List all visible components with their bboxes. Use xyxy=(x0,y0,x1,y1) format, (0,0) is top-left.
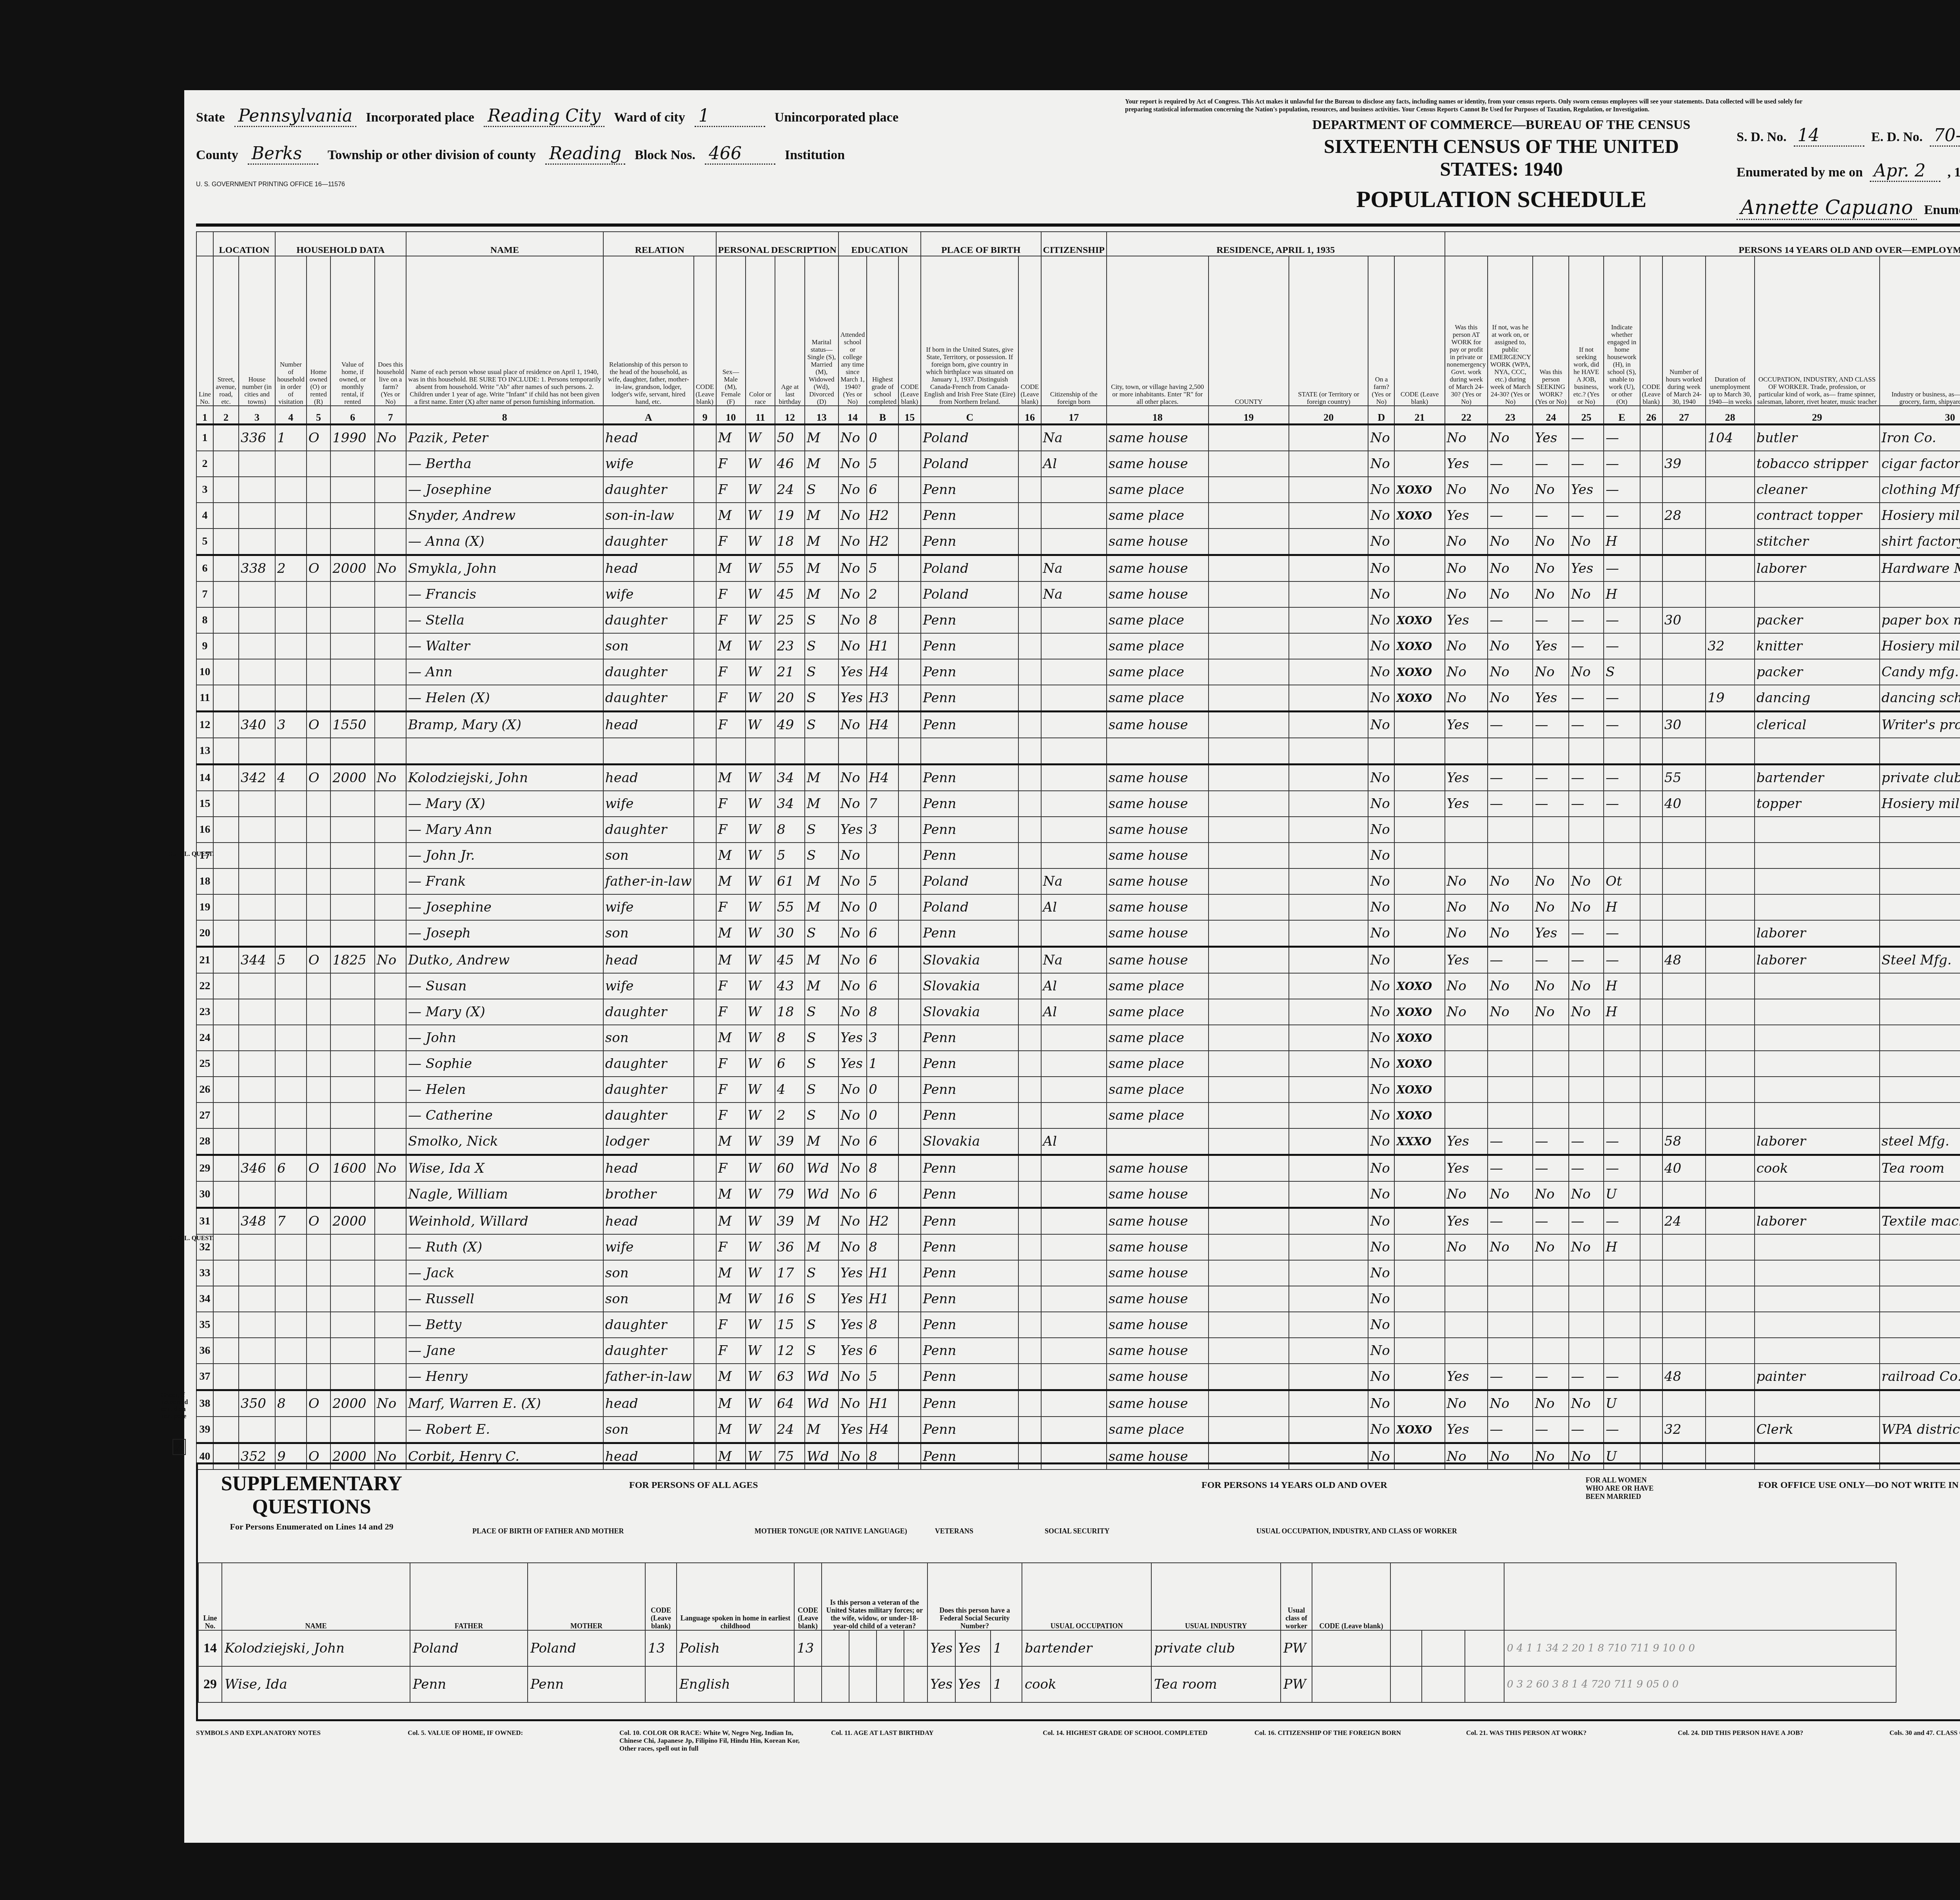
cell-name: — Jane xyxy=(406,1338,603,1364)
cell-w21 xyxy=(1445,1260,1488,1286)
cell-e xyxy=(1640,1155,1662,1182)
cell-own xyxy=(307,581,330,607)
column-number: 29 xyxy=(1755,406,1880,425)
cell-age: 64 xyxy=(775,1390,805,1417)
cell-e xyxy=(1640,1051,1662,1077)
cell-res: same house xyxy=(1107,1260,1209,1286)
sd-label: S. D. No. xyxy=(1737,130,1787,145)
cell-w23: No xyxy=(1533,999,1569,1025)
cell-farm35: No xyxy=(1368,685,1394,712)
cell-w23: Yes xyxy=(1533,685,1569,712)
cell-hrs xyxy=(1662,581,1706,607)
cell-gr: H1 xyxy=(867,1286,898,1312)
cell-mar: M xyxy=(805,973,838,999)
cell-hh xyxy=(275,529,307,555)
cell-birth: Penn xyxy=(921,1155,1018,1182)
table-row: 24— JohnsonMW8SYes3Pennsame placeNoXOXO2… xyxy=(196,1025,1960,1051)
cell-w22: — xyxy=(1488,947,1533,974)
column-number: 22 xyxy=(1445,406,1488,425)
cell-w24: No xyxy=(1569,1390,1604,1417)
cell-birth: Penn xyxy=(921,607,1018,633)
cell-value xyxy=(330,1234,375,1260)
cell-county xyxy=(1209,1312,1289,1338)
supp-h-ss: Does this person have a Federal Social S… xyxy=(927,1563,1022,1630)
cell-sex: F xyxy=(716,529,746,555)
population-rows: 13361O1990NoPazik, PeterheadMW50MNo0Pola… xyxy=(196,425,1960,1470)
cell-sex: M xyxy=(716,1364,746,1390)
line-number: 37 xyxy=(196,1364,213,1390)
cell-sch: No xyxy=(838,1077,867,1103)
cell-hh xyxy=(275,1260,307,1286)
supplementary-row: 14Kolodziejski, JohnPolandPoland13Polish… xyxy=(198,1630,1896,1666)
cell-w23: No xyxy=(1533,1234,1569,1260)
cell-cit xyxy=(1041,843,1107,868)
cell-a xyxy=(694,1103,716,1128)
cell-name: — Ruth (X) xyxy=(406,1234,603,1260)
cell-rel: father-in-law xyxy=(603,868,694,894)
cell-occ xyxy=(1755,1338,1880,1364)
unincorporated-label: Unincorporated place xyxy=(775,110,898,125)
cell-c xyxy=(1018,503,1041,529)
cell-birth: Penn xyxy=(921,843,1018,868)
cell-occ: bartender xyxy=(1755,765,1880,791)
cell-e xyxy=(1640,973,1662,999)
cell-sex: F xyxy=(716,607,746,633)
cell-e xyxy=(1640,765,1662,791)
cell-own xyxy=(307,451,330,477)
cell-name: — Jack xyxy=(406,1260,603,1286)
cell-farm xyxy=(375,581,406,607)
cell-a xyxy=(694,1025,716,1051)
cell-cit: Al xyxy=(1041,451,1107,477)
desc-birthplace: If born in the United States, give State… xyxy=(921,256,1018,406)
cell-sch: No xyxy=(838,1364,867,1390)
cell-birth: Penn xyxy=(921,1234,1018,1260)
cell-hrs xyxy=(1662,843,1706,868)
cell-sex: F xyxy=(716,1234,746,1260)
cell-hh xyxy=(275,868,307,894)
cell-cit xyxy=(1041,1155,1107,1182)
table-row: 17— John Jr.sonMW5SNoPennsame houseNo17 xyxy=(196,843,1960,868)
supp-cell-office: 0 4 1 1 34 2 20 1 8 710 711 9 10 0 0 xyxy=(1504,1630,1896,1666)
supp-h-veteran: Is this person a veteran of the United S… xyxy=(822,1563,927,1630)
table-row: 39— Robert E.sonMW24MYesH4Pennsame place… xyxy=(196,1417,1960,1443)
cell-birth: Poland xyxy=(921,451,1018,477)
supp-cell-40 xyxy=(849,1666,877,1702)
cell-hh xyxy=(275,738,307,765)
cell-farm35: No xyxy=(1368,477,1394,503)
cell-unemp xyxy=(1706,1181,1755,1208)
cell-house xyxy=(239,1181,275,1208)
cell-farm35: No xyxy=(1368,791,1394,817)
column-number: 21 xyxy=(1394,406,1445,425)
cell-w22: — xyxy=(1488,1417,1533,1443)
cell-age: 49 xyxy=(775,712,805,738)
cell-hrs: 55 xyxy=(1662,765,1706,791)
desc-county: COUNTY xyxy=(1209,256,1289,406)
cell-e xyxy=(1640,659,1662,685)
cell-age: 34 xyxy=(775,765,805,791)
cell-sch: No xyxy=(838,1234,867,1260)
cell-w22: — xyxy=(1488,1128,1533,1155)
table-row: 9— WaltersonMW23SNoH1Pennsame placeNoXOX… xyxy=(196,633,1960,659)
cell-age: 46 xyxy=(775,451,805,477)
cell-w25: U xyxy=(1604,1390,1640,1417)
cell-w22: No xyxy=(1488,425,1533,451)
cell-house xyxy=(239,791,275,817)
cell-w25 xyxy=(1604,738,1640,765)
cell-res xyxy=(1107,738,1209,765)
supp-h-code-j: CODE (Leave blank) xyxy=(1312,1563,1390,1630)
column-number: C xyxy=(921,406,1018,425)
cell-w23: — xyxy=(1533,947,1569,974)
cell-occ xyxy=(1755,1181,1880,1208)
cell-unemp xyxy=(1706,1390,1755,1417)
cell-d: XOXO xyxy=(1394,477,1445,503)
cell-rel: daughter xyxy=(603,685,694,712)
cell-gr: 6 xyxy=(867,477,898,503)
cell-hrs: 40 xyxy=(1662,1155,1706,1182)
cell-w22: No xyxy=(1488,581,1533,607)
cell-state xyxy=(1289,1128,1368,1155)
cell-age: 21 xyxy=(775,659,805,685)
block-label: Block Nos. xyxy=(635,148,695,163)
cell-gr xyxy=(867,843,898,868)
cell-farm xyxy=(375,1103,406,1128)
cell-hh xyxy=(275,1077,307,1103)
cell-cit xyxy=(1041,1234,1107,1260)
cell-name: Snyder, Andrew xyxy=(406,503,603,529)
cell-sex: M xyxy=(716,765,746,791)
cell-unemp xyxy=(1706,1128,1755,1155)
cell-house xyxy=(239,581,275,607)
cell-w23: No xyxy=(1533,973,1569,999)
cell-d: XOXO xyxy=(1394,1417,1445,1443)
cell-street xyxy=(213,1260,239,1286)
cell-w21: No xyxy=(1445,581,1488,607)
cell-w23: — xyxy=(1533,607,1569,633)
column-number: D xyxy=(1368,406,1394,425)
cell-w23 xyxy=(1533,1103,1569,1128)
column-number: 8 xyxy=(406,406,603,425)
continued-checkbox[interactable]: X xyxy=(172,1439,186,1455)
cell-ind: cigar factory xyxy=(1880,451,1960,477)
cell-house: 348 xyxy=(239,1208,275,1235)
supp-cell-49 xyxy=(1422,1666,1465,1702)
cell-own xyxy=(307,633,330,659)
cell-rel: head xyxy=(603,712,694,738)
cell-mar: M xyxy=(805,1128,838,1155)
line-number: 33 xyxy=(196,1260,213,1286)
line-number: 29 xyxy=(198,1666,222,1702)
cell-race: W xyxy=(746,765,775,791)
cell-own xyxy=(307,1181,330,1208)
cell-w25 xyxy=(1604,1286,1640,1312)
cell-res: same house xyxy=(1107,451,1209,477)
cell-county xyxy=(1209,1338,1289,1364)
cell-value: 1825 xyxy=(330,947,375,974)
cell-rel: daughter xyxy=(603,659,694,685)
cell-d: XOXO xyxy=(1394,999,1445,1025)
cell-sch: No xyxy=(838,894,867,920)
cell-w25: U xyxy=(1604,1181,1640,1208)
state-value: Pennsylvania xyxy=(234,106,357,127)
cell-sch: No xyxy=(838,581,867,607)
cell-cit: Al xyxy=(1041,894,1107,920)
column-number: 14 xyxy=(838,406,867,425)
supp-cell-father: Penn xyxy=(410,1666,528,1702)
desc-house: House number (in cities and towns) xyxy=(239,256,275,406)
cell-w23: — xyxy=(1533,1155,1569,1182)
supp-cell-mother: Penn xyxy=(528,1666,645,1702)
column-number: 18 xyxy=(1107,406,1209,425)
line-number: 21 xyxy=(196,947,213,974)
cell-a xyxy=(694,503,716,529)
cell-state xyxy=(1289,868,1368,894)
cell-occ xyxy=(1755,738,1880,765)
cell-race: W xyxy=(746,712,775,738)
cell-house xyxy=(239,1364,275,1390)
cell-value xyxy=(330,607,375,633)
cell-w23: — xyxy=(1533,1417,1569,1443)
cell-gr: H1 xyxy=(867,633,898,659)
group-women: FOR ALL WOMEN WHO ARE OR HAVE BEEN MARRI… xyxy=(1586,1476,1664,1501)
cell-cit xyxy=(1041,1312,1107,1338)
cell-rel: wife xyxy=(603,791,694,817)
cell-ind: Hosiery mills xyxy=(1880,633,1960,659)
cell-rel: wife xyxy=(603,973,694,999)
cell-house xyxy=(239,1051,275,1077)
cell-w24: — xyxy=(1569,1128,1604,1155)
cell-unemp xyxy=(1706,529,1755,555)
cell-value xyxy=(330,659,375,685)
line-number: 23 xyxy=(196,999,213,1025)
cell-name: Wise, Ida X xyxy=(406,1155,603,1182)
table-row: 10— AnndaughterFW21SYesH4Pennsame placeN… xyxy=(196,659,1960,685)
cell-value xyxy=(330,685,375,712)
cell-e xyxy=(1640,503,1662,529)
cell-state xyxy=(1289,503,1368,529)
cell-farm35: No xyxy=(1368,607,1394,633)
cell-w21: No xyxy=(1445,633,1488,659)
supplementary-row: 29Wise, IdaPennPennEnglishYesYes1cookTea… xyxy=(198,1666,1896,1702)
supp-cell-ind: private club xyxy=(1151,1630,1281,1666)
cell-value: 2000 xyxy=(330,555,375,582)
group-all-ages: FOR PERSONS OF ALL AGES xyxy=(629,1480,758,1491)
line-number: 10 xyxy=(196,659,213,685)
supp-cell-39 xyxy=(822,1666,849,1702)
institution-label: Institution xyxy=(785,148,845,163)
cell-w21 xyxy=(1445,1051,1488,1077)
cell-name: Weinhold, Willard xyxy=(406,1208,603,1235)
cell-hrs xyxy=(1662,1390,1706,1417)
cell-name: — Mary (X) xyxy=(406,791,603,817)
cell-w23: No xyxy=(1533,868,1569,894)
cell-occ: dancing xyxy=(1755,685,1880,712)
cell-unemp xyxy=(1706,1338,1755,1364)
cell-county xyxy=(1209,607,1289,633)
cell-unemp: 19 xyxy=(1706,685,1755,712)
cell-name: — Josephine xyxy=(406,477,603,503)
cell-a xyxy=(694,607,716,633)
cell-age: 18 xyxy=(775,999,805,1025)
cell-w23 xyxy=(1533,1286,1569,1312)
cell-birth: Poland xyxy=(921,555,1018,582)
cell-farm xyxy=(375,685,406,712)
cell-res xyxy=(1107,1128,1209,1155)
table-row: 30Nagle, WilliambrotherMW79WdNo6Pennsame… xyxy=(196,1181,1960,1208)
cell-age: 24 xyxy=(775,1417,805,1443)
cell-ind: Hardware Mfg. xyxy=(1880,555,1960,582)
column-number: 13 xyxy=(805,406,838,425)
desc-c25: Indicate whether engaged in home housewo… xyxy=(1604,256,1640,406)
desc-name: Name of each person whose usual place of… xyxy=(406,256,603,406)
cell-d xyxy=(1394,1208,1445,1235)
cell-age: 55 xyxy=(775,555,805,582)
cell-occ xyxy=(1755,1077,1880,1103)
cell-name: — Russell xyxy=(406,1286,603,1312)
desc-street: Street, avenue, road, etc. xyxy=(213,256,239,406)
cell-a xyxy=(694,999,716,1025)
cell-rel: head xyxy=(603,1208,694,1235)
cell-ind xyxy=(1880,1390,1960,1417)
cell-occ: clerical xyxy=(1755,712,1880,738)
cell-name: — Henry xyxy=(406,1364,603,1390)
cell-state xyxy=(1289,659,1368,685)
cell-rel: son xyxy=(603,843,694,868)
cell-own xyxy=(307,1312,330,1338)
cell-hh: 6 xyxy=(275,1155,307,1182)
table-row: 25— SophiedaughterFW6SYes1Pennsame place… xyxy=(196,1051,1960,1077)
cell-w23 xyxy=(1533,1260,1569,1286)
line-number: 8 xyxy=(196,607,213,633)
cell-d xyxy=(1394,712,1445,738)
cell-own: O xyxy=(307,425,330,451)
cell-house xyxy=(239,477,275,503)
cell-a xyxy=(694,1312,716,1338)
cell-w23 xyxy=(1533,843,1569,868)
cell-res: same house xyxy=(1107,843,1209,868)
cell-w24: — xyxy=(1569,1208,1604,1235)
cell-b xyxy=(898,503,921,529)
cell-a xyxy=(694,791,716,817)
table-row: 7— FranciswifeFW45MNo2PolandNasame house… xyxy=(196,581,1960,607)
cell-birth: Penn xyxy=(921,503,1018,529)
cell-rel: daughter xyxy=(603,999,694,1025)
cell-birth: Slovakia xyxy=(921,973,1018,999)
cell-res: same house xyxy=(1107,868,1209,894)
cell-county xyxy=(1209,659,1289,685)
cell-e xyxy=(1640,817,1662,843)
table-row: 19— JosephinewifeFW55MNo0PolandAlsame ho… xyxy=(196,894,1960,920)
cell-name: — Betty xyxy=(406,1312,603,1338)
cell-w21 xyxy=(1445,1286,1488,1312)
cell-w25: — xyxy=(1604,920,1640,947)
cell-cit xyxy=(1041,712,1107,738)
column-number: E xyxy=(1604,406,1640,425)
supp-cell-j xyxy=(1312,1630,1390,1666)
cell-w21 xyxy=(1445,817,1488,843)
cell-farm35: No xyxy=(1368,1364,1394,1390)
supplementary-title: SUPPLEMENTARY QUESTIONS xyxy=(206,1472,417,1519)
desc-household: Number of household in order of visitati… xyxy=(275,256,307,406)
cell-rel: head xyxy=(603,1390,694,1417)
column-number: 28 xyxy=(1706,406,1755,425)
cell-own xyxy=(307,868,330,894)
supplementary-rows: 14Kolodziejski, JohnPolandPoland13Polish… xyxy=(198,1630,1896,1702)
cell-w21: No xyxy=(1445,1234,1488,1260)
table-row: 123403O1550Bramp, Mary (X)headFW49SNoH4P… xyxy=(196,712,1960,738)
cell-cit xyxy=(1041,1103,1107,1128)
cell-sch: No xyxy=(838,920,867,947)
cell-d xyxy=(1394,1234,1445,1260)
col-group-location: LOCATION xyxy=(213,232,275,256)
cell-gr: H4 xyxy=(867,659,898,685)
cell-sex: F xyxy=(716,581,746,607)
cell-age: 2 xyxy=(775,1103,805,1128)
cell-occ: painter xyxy=(1755,1364,1880,1390)
cell-e xyxy=(1640,685,1662,712)
cell-farm35: No xyxy=(1368,817,1394,843)
cell-gr: 3 xyxy=(867,817,898,843)
cell-occ: knitter xyxy=(1755,633,1880,659)
cell-w23 xyxy=(1533,1077,1569,1103)
cell-e xyxy=(1640,791,1662,817)
cell-race: W xyxy=(746,1208,775,1235)
cell-name: — Susan xyxy=(406,973,603,999)
cell-d: XOXO xyxy=(1394,1051,1445,1077)
cell-w25: — xyxy=(1604,1128,1640,1155)
cell-state xyxy=(1289,947,1368,974)
cell-w22 xyxy=(1488,1286,1533,1312)
cell-sch: No xyxy=(838,999,867,1025)
cell-sch: Yes xyxy=(838,1338,867,1364)
supp-cell-41 xyxy=(877,1666,904,1702)
cell-house xyxy=(239,1417,275,1443)
supp-h-usual-cls: Usual class of worker xyxy=(1281,1563,1312,1630)
cell-w21: Yes xyxy=(1445,1417,1488,1443)
cell-unemp xyxy=(1706,894,1755,920)
cell-w21: No xyxy=(1445,999,1488,1025)
cell-w21: Yes xyxy=(1445,1155,1488,1182)
cell-sex xyxy=(716,738,746,765)
column-number: 19 xyxy=(1209,406,1289,425)
cell-name: Smykla, John xyxy=(406,555,603,582)
supp-cell-c43: Yes xyxy=(955,1630,991,1666)
cell-hh xyxy=(275,1051,307,1077)
cell-birth: Poland xyxy=(921,894,1018,920)
supp-cell-48 xyxy=(1390,1630,1422,1666)
cell-state xyxy=(1289,1234,1368,1260)
cell-c xyxy=(1018,685,1041,712)
cell-street xyxy=(213,920,239,947)
cell-occ xyxy=(1755,1051,1880,1077)
cell-farm xyxy=(375,1025,406,1051)
cell-hrs xyxy=(1662,425,1706,451)
ed-value: 70-1 xyxy=(1930,125,1960,147)
cell-rel: daughter xyxy=(603,1312,694,1338)
cell-birth: Slovakia xyxy=(921,999,1018,1025)
cell-county xyxy=(1209,503,1289,529)
cell-w21: Yes xyxy=(1445,791,1488,817)
cell-d: XOXO xyxy=(1394,503,1445,529)
cell-w23: — xyxy=(1533,451,1569,477)
cell-w25 xyxy=(1604,817,1640,843)
cell-ind: railroad Co. xyxy=(1880,1364,1960,1390)
cell-mar: M xyxy=(805,868,838,894)
cell-birth: Penn xyxy=(921,529,1018,555)
table-row: 37— Henryfather-in-lawMW63WdNo5Pennsame … xyxy=(196,1364,1960,1390)
